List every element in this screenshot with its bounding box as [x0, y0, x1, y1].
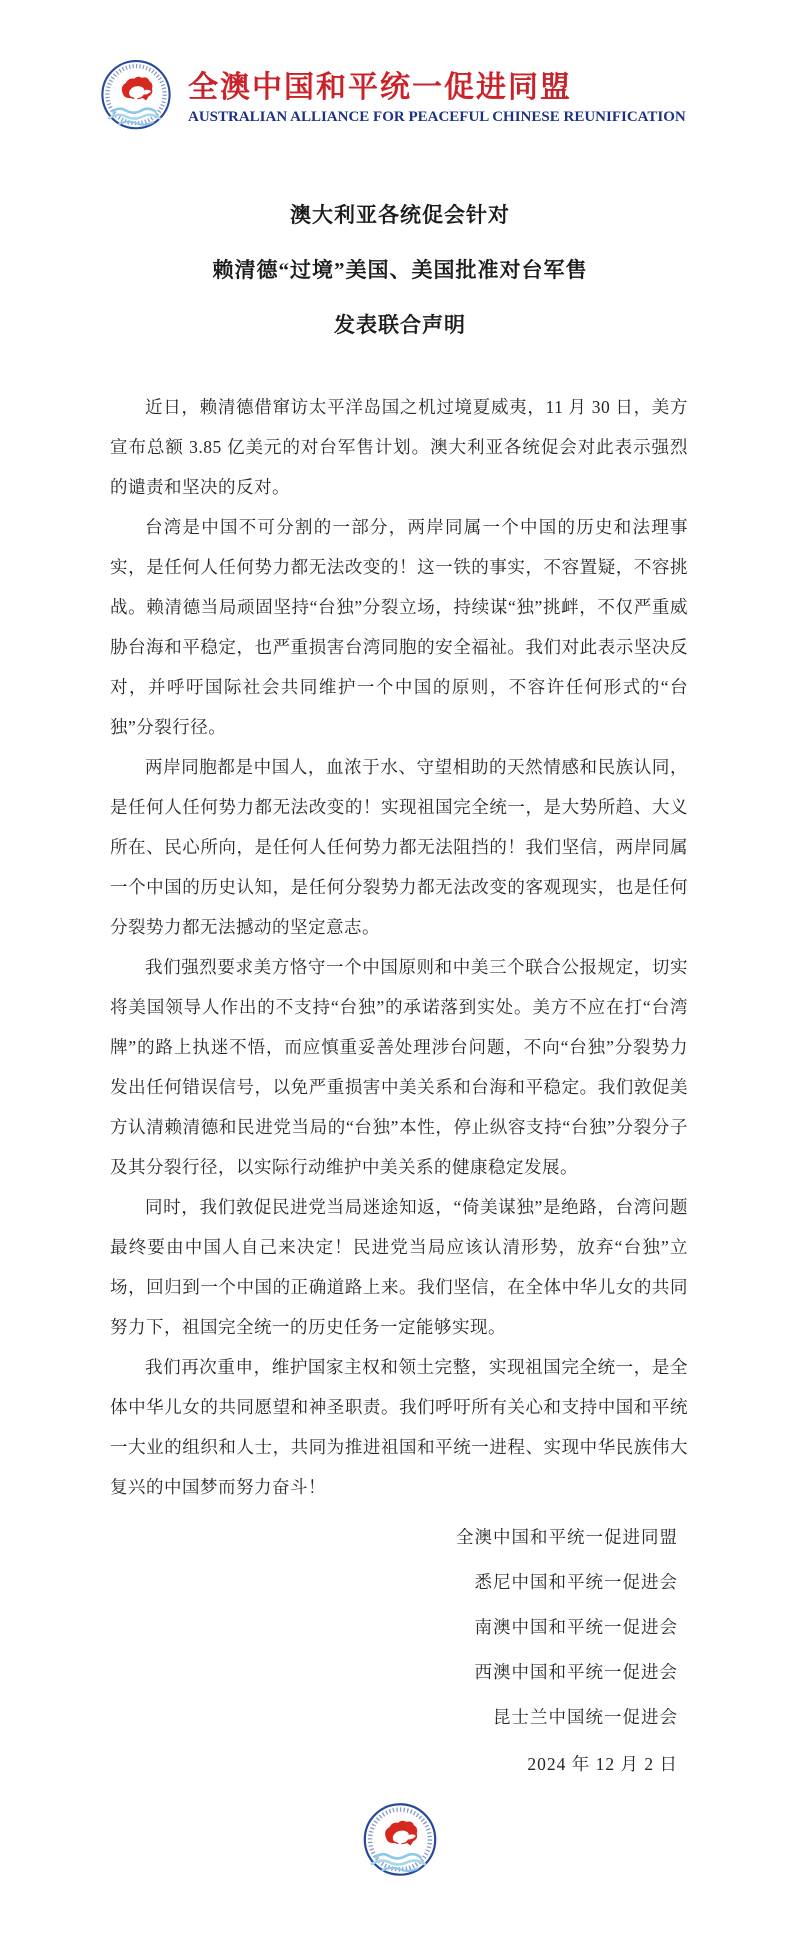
signature-block: 全澳中国和平统一促进同盟 悉尼中国和平统一促进会 南澳中国和平统一促进会 西澳中…: [0, 1515, 800, 1787]
statement-body: 近日，赖清德借窜访太平洋岛国之机过境夏威夷，11 月 30 日，美方宣布总额 3…: [110, 387, 688, 1507]
org-names: 全澳中国和平统一促进同盟 AUSTRALIAN ALLIANCE FOR PEA…: [188, 71, 686, 125]
alliance-emblem-footer-icon: [356, 1799, 444, 1887]
statement-document: 全澳中国和平统一促进同盟 AUSTRALIAN ALLIANCE FOR PEA…: [0, 0, 800, 1934]
footer: [0, 1799, 800, 1892]
signature-date: 2024 年 12 月 2 日: [0, 1742, 678, 1787]
signature-org: 悉尼中国和平统一促进会: [0, 1560, 678, 1605]
document-title-line1: 澳大利亚各统促会针对: [0, 188, 800, 243]
signature-org: 南澳中国和平统一促进会: [0, 1605, 678, 1650]
document-title-line3: 发表联合声明: [0, 298, 800, 353]
org-name-english: AUSTRALIAN ALLIANCE FOR PEACEFUL CHINESE…: [188, 109, 686, 126]
document-title-line2: 赖清德“过境”美国、美国批准对台军售: [0, 243, 800, 298]
body-paragraph: 台湾是中国不可分割的一部分，两岸同属一个中国的历史和法理事实，是任何人任何势力都…: [110, 507, 688, 747]
body-paragraph: 我们强烈要求美方恪守一个中国原则和中美三个联合公报规定，切实将美国领导人作出的不…: [110, 947, 688, 1187]
signature-org: 西澳中国和平统一促进会: [0, 1650, 678, 1695]
body-paragraph: 近日，赖清德借窜访太平洋岛国之机过境夏威夷，11 月 30 日，美方宣布总额 3…: [110, 387, 688, 507]
signature-org: 昆士兰中国统一促进会: [0, 1695, 678, 1740]
document-title: 澳大利亚各统促会针对 赖清德“过境”美国、美国批准对台军售 发表联合声明: [0, 188, 800, 353]
letterhead: 全澳中国和平统一促进同盟 AUSTRALIAN ALLIANCE FOR PEA…: [0, 0, 800, 140]
body-paragraph: 同时，我们敦促民进党当局迷途知返，“倚美谋独”是绝路，台湾问题最终要由中国人自己…: [110, 1187, 688, 1347]
org-name-chinese: 全澳中国和平统一促进同盟: [188, 71, 686, 106]
body-paragraph: 我们再次重申，维护国家主权和领土完整，实现祖国完全统一，是全体中华儿女的共同愿望…: [110, 1347, 688, 1507]
signature-org: 全澳中国和平统一促进同盟: [0, 1515, 678, 1560]
alliance-emblem-icon: [94, 56, 178, 140]
body-paragraph: 两岸同胞都是中国人，血浓于水、守望相助的天然情感和民族认同，是任何人任何势力都无…: [110, 747, 688, 947]
